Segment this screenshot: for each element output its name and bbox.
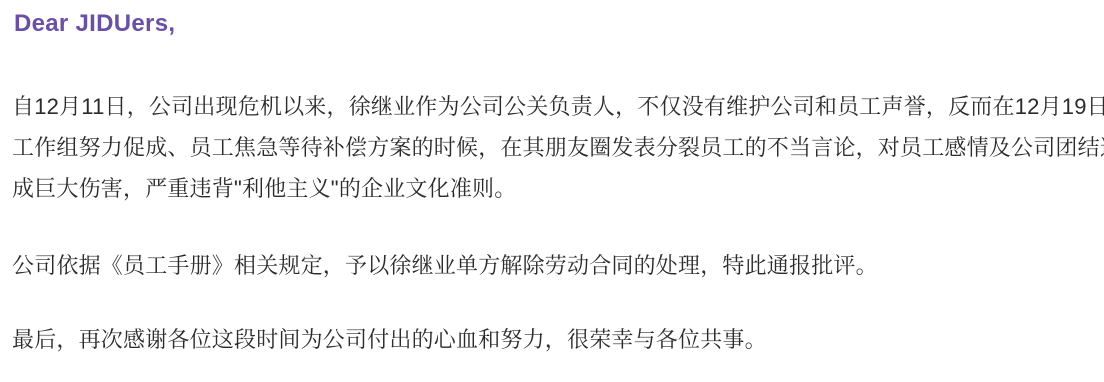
paragraph-line: 最后，再次感谢各位这段时间为公司付出的心血和努力，很荣幸与各位共事。 [12, 319, 1100, 360]
paragraph-line: 自12月11日，公司出现危机以来，徐继业作为公司公关负责人，不仅没有维护公司和员… [12, 86, 1100, 127]
paragraph-line: 工作组努力促成、员工焦急等待补偿方案的时候，在其朋友圈发表分裂员工的不当言论，对… [12, 127, 1100, 168]
paragraph-line: 公司依据《员工手册》相关规定，予以徐继业单方解除劳动合同的处理，特此通报批评。 [12, 245, 1100, 286]
paragraph-misconduct: 自12月11日，公司出现危机以来，徐继业作为公司公关负责人，不仅没有维护公司和员… [12, 86, 1100, 209]
salutation: Dear JIDUers, [14, 9, 175, 39]
paragraph-line: 成巨大伤害，严重违背"利他主义"的企业文化准则。 [12, 168, 1100, 209]
announcement-letter: Dear JIDUers, 自12月11日，公司出现危机以来，徐继业作为公司公关… [0, 0, 1104, 382]
paragraph-closing: 最后，再次感谢各位这段时间为公司付出的心血和努力，很荣幸与各位共事。 [12, 319, 1100, 360]
paragraph-decision: 公司依据《员工手册》相关规定，予以徐继业单方解除劳动合同的处理，特此通报批评。 [12, 245, 1100, 286]
